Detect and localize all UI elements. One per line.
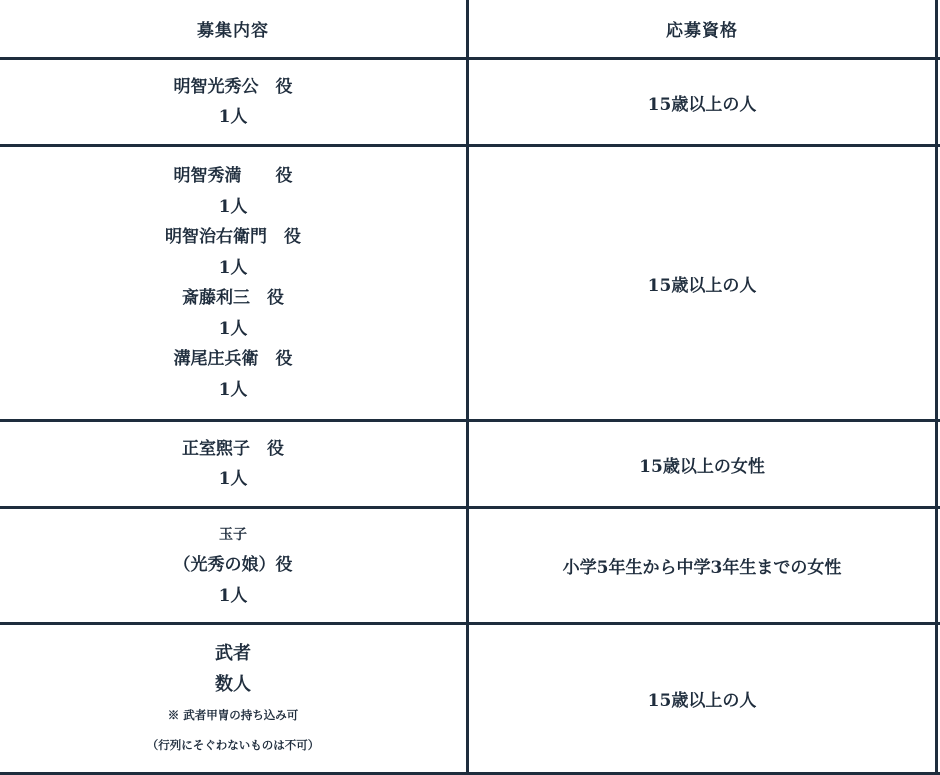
table-row: 正室煕子 役 1人 15歳以上の女性 — [0, 422, 940, 506]
qualification-text: 15歳以上の人 — [648, 686, 757, 711]
table-row: 玉子 （光秀の娘）役 1人 小学5年生から中学3年生までの女性 — [0, 509, 940, 622]
role-count: 1人 — [219, 581, 248, 612]
table-row: 武者 数人 ※ 武者甲冑の持ち込み可 （行列にそぐわないものは不可） 15歳以上… — [0, 625, 940, 772]
role-name: 明智秀満 役 — [174, 161, 293, 192]
role-cell: 明智光秀公 役 1人 — [0, 60, 469, 144]
qualification-cell: 小学5年生から中学3年生までの女性 — [469, 509, 938, 622]
table-row: 明智光秀公 役 1人 15歳以上の人 — [0, 60, 940, 144]
qualification-cell: 15歳以上の女性 — [469, 422, 938, 506]
qualification-cell: 15歳以上の人 — [469, 147, 938, 419]
header-cell-recruitment: 募集内容 — [0, 0, 469, 57]
header-qualification: 応募資格 — [666, 16, 738, 41]
role-cell: 明智秀満 役 1人 明智治右衛門 役 1人 斎藤利三 役 1人 溝尾庄兵衛 役 … — [0, 147, 469, 419]
header-recruitment: 募集内容 — [197, 16, 269, 41]
qualification-cell: 15歳以上の人 — [469, 60, 938, 144]
header-cell-qualification: 応募資格 — [469, 0, 938, 57]
table-row: 明智秀満 役 1人 明智治右衛門 役 1人 斎藤利三 役 1人 溝尾庄兵衛 役 … — [0, 147, 940, 419]
table-header-row: 募集内容 応募資格 — [0, 0, 940, 57]
role-count: 1人 — [219, 192, 248, 223]
qualification-text: 15歳以上の女性 — [639, 452, 765, 477]
role-count: 1人 — [219, 314, 248, 345]
role-name: 正室煕子 役 — [182, 434, 284, 465]
role-count: 1人 — [219, 253, 248, 284]
role-name: 武者 — [215, 638, 251, 669]
role-cell: 正室煕子 役 1人 — [0, 422, 469, 506]
role-note: ※ 武者甲冑の持ち込み可 — [168, 700, 299, 730]
role-count: 数人 — [215, 669, 251, 700]
role-name: 明智治右衛門 役 — [165, 222, 301, 253]
role-cell: 玉子 （光秀の娘）役 1人 — [0, 509, 469, 622]
role-name: 玉子 — [219, 520, 247, 551]
role-count: 1人 — [219, 375, 248, 406]
role-name: 溝尾庄兵衛 役 — [174, 344, 293, 375]
role-name: 明智光秀公 役 — [174, 72, 293, 103]
recruitment-table: 募集内容 応募資格 明智光秀公 役 1人 15歳以上の人 明智秀満 役 1人 明… — [0, 0, 940, 775]
qualification-cell: 15歳以上の人 — [469, 625, 938, 772]
qualification-text: 15歳以上の人 — [648, 90, 757, 115]
role-name: 斎藤利三 役 — [182, 283, 284, 314]
role-count: 1人 — [219, 464, 248, 495]
qualification-text: 15歳以上の人 — [648, 271, 757, 296]
role-subtitle: （光秀の娘）役 — [174, 550, 293, 581]
qualification-text: 小学5年生から中学3年生までの女性 — [563, 553, 842, 578]
role-count: 1人 — [219, 102, 248, 133]
role-cell: 武者 数人 ※ 武者甲冑の持ち込み可 （行列にそぐわないものは不可） — [0, 625, 469, 772]
role-note: （行列にそぐわないものは不可） — [147, 730, 320, 760]
